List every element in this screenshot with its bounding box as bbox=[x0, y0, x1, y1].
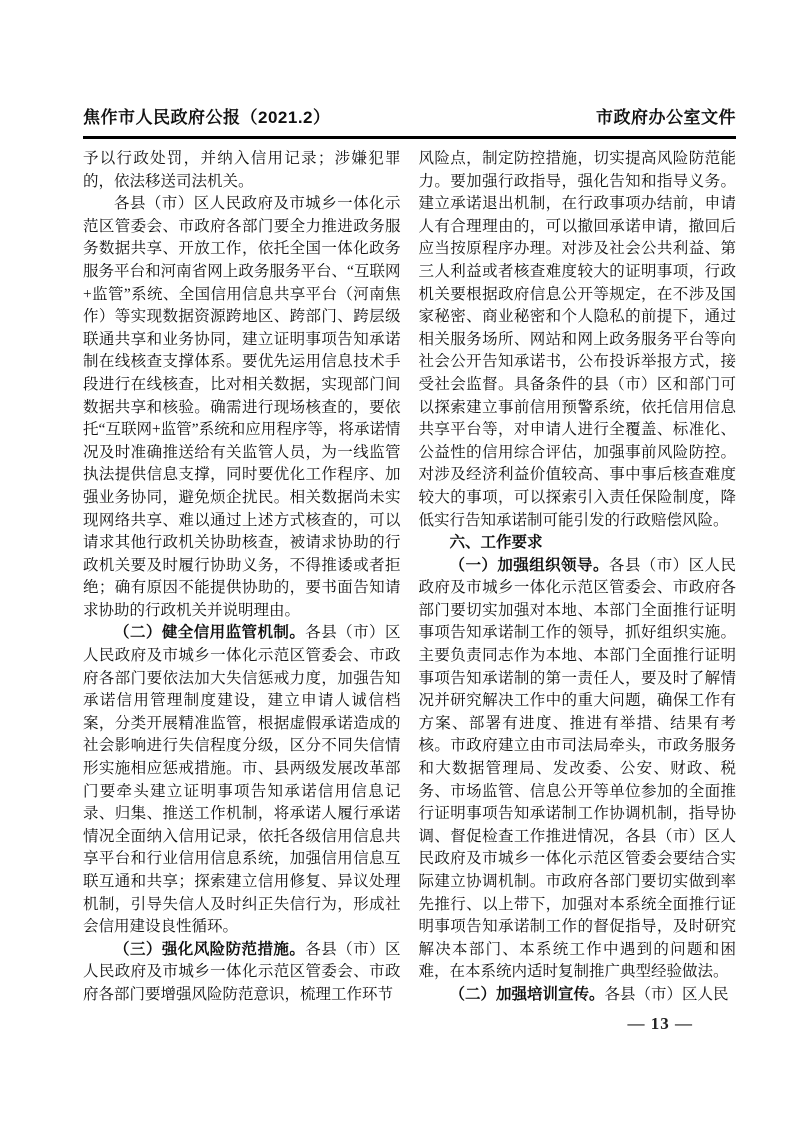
paragraph-continuation: 风险点，制定防控措施，切实提高风险防范能力。要加强行政指导，强化告知和指导义务。… bbox=[419, 148, 737, 532]
paragraph: 各县（市）区人民政府及市城乡一体化示范区管委会、市政府各部门要全力推进政务服务数… bbox=[83, 193, 401, 622]
page-header: 焦作市人民政府公报（2021.2） 市政府办公室文件 bbox=[83, 103, 736, 139]
paragraph-continuation: 予以行政处罚，并纳入信用记录；涉嫌犯罪的，依法移送司法机关。 bbox=[83, 148, 401, 193]
paragraph-text: 予以行政处罚，并纳入信用记录；涉嫌犯罪的，依法移送司法机关。 bbox=[83, 150, 401, 190]
section-lead: （一）加强组织领导。 bbox=[450, 557, 609, 574]
header-publication-title: 焦作市人民政府公报（2021.2） bbox=[83, 103, 331, 128]
paragraph-text: 风险点，制定防控措施，切实提高风险防范能力。要加强行政指导，强化告知和指导义务。… bbox=[419, 150, 737, 529]
gazette-page: 焦作市人民政府公报（2021.2） 市政府办公室文件 予以行政处罚，并纳入信用记… bbox=[0, 0, 793, 1122]
header-document-category: 市政府办公室文件 bbox=[596, 103, 736, 128]
section-lead: （三）强化风险防范措施。 bbox=[114, 941, 305, 958]
paragraph-section-1: （一）加强组织领导。各县（市）区人民政府及市城乡一体化示范区管委会、市政府各部门… bbox=[419, 555, 737, 984]
paragraph-section-3: （三）强化风险防范措施。各县（市）区人民政府及市城乡一体化示范区管委会、市政府各… bbox=[83, 939, 401, 1007]
paragraph-text: 各县（市）区人民 bbox=[605, 986, 729, 1003]
paragraph-text: 各县（市）区人民政府及市城乡一体化示范区管委会、市政府各部门要切实加强对本地、本… bbox=[419, 557, 737, 981]
paragraph-text: 各县（市）区人民政府及市城乡一体化示范区管委会、市政府各部门要全力推进政务服务数… bbox=[83, 195, 401, 619]
printed-area: 焦作市人民政府公报（2021.2） 市政府办公室文件 予以行政处罚，并纳入信用记… bbox=[83, 103, 736, 1007]
section-lead: （二）健全信用监管机制。 bbox=[114, 624, 305, 641]
paragraph-section-2: （二）健全信用监管机制。各县（市）区人民政府及市城乡一体化示范区管委会、市政府各… bbox=[83, 622, 401, 938]
page-number: — 13 — bbox=[628, 1014, 694, 1034]
section-lead: （二）加强培训宣传。 bbox=[450, 986, 605, 1003]
paragraph-section-2: （二）加强培训宣传。各县（市）区人民 bbox=[419, 984, 737, 1007]
chapter-heading: 六、工作要求 bbox=[419, 532, 737, 555]
paragraph-text: 各县（市）区人民政府及市城乡一体化示范区管委会、市政府各部门要依法加大失信惩戒力… bbox=[83, 624, 401, 935]
right-column: 风险点，制定防控措施，切实提高风险防范能力。要加强行政指导，强化告知和指导义务。… bbox=[419, 148, 737, 1007]
left-column: 予以行政处罚，并纳入信用记录；涉嫌犯罪的，依法移送司法机关。 各县（市）区人民政… bbox=[83, 148, 401, 1007]
document-body: 予以行政处罚，并纳入信用记录；涉嫌犯罪的，依法移送司法机关。 各县（市）区人民政… bbox=[83, 148, 736, 1007]
